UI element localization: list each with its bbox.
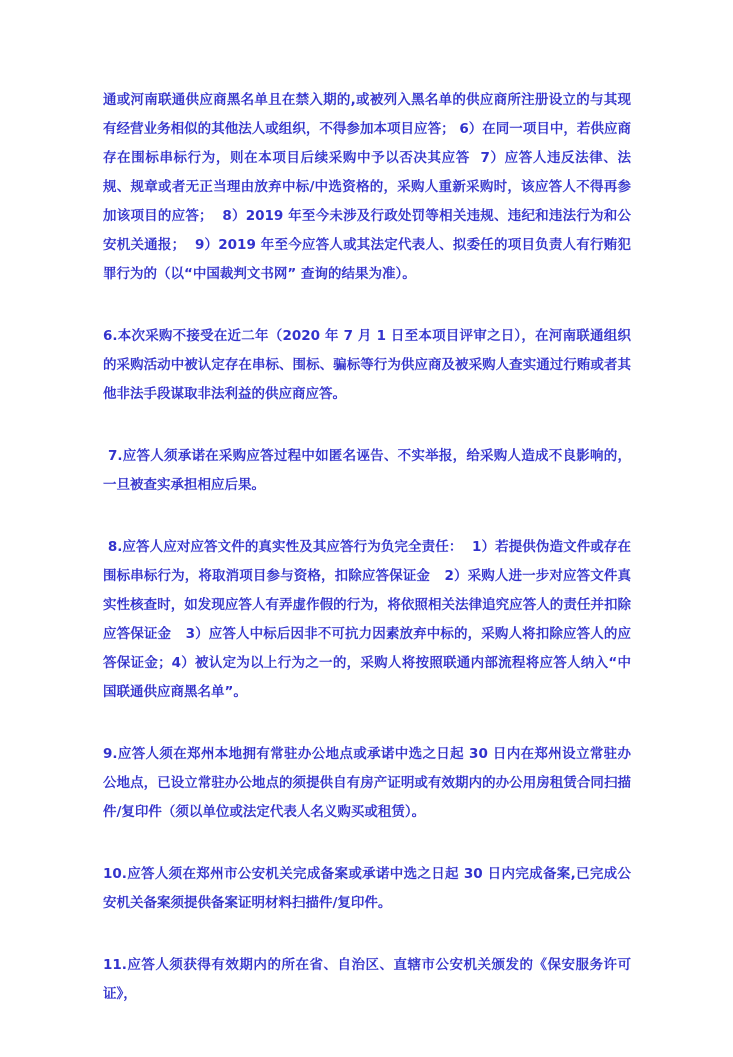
paragraph-clause-9: 9.应答人须在郑州本地拥有常驻办公地点或承诺中选之日起 30 日内在郑州设立常驻…: [103, 740, 631, 827]
paragraph-continuation: 通或河南联通供应商黑名单且在禁入期的,或被列入黑名单的供应商所注册设立的与其现有…: [103, 86, 631, 289]
paragraph-clause-11: 11.应答人须获得有效期内的所在省、自治区、直辖市公安机关颁发的《保安服务许可证…: [103, 951, 631, 1009]
paragraph-clause-10: 10.应答人须在郑州市公安机关完成备案或承诺中选之日起 30 日内完成备案,已完…: [103, 860, 631, 918]
paragraph-clause-8: 8.应答人应对应答文件的真实性及其应答行为负完全责任： 1）若提供伪造文件或存在…: [103, 533, 631, 707]
paragraph-clause-6: 6.本次采购不接受在近二年（2020 年 7 月 1 日至本项目评审之日），在河…: [103, 322, 631, 409]
document-text-block: 通或河南联通供应商黑名单且在禁入期的,或被列入黑名单的供应商所注册设立的与其现有…: [103, 86, 631, 1042]
document-page: 通或河南联通供应商黑名单且在禁入期的,或被列入黑名单的供应商所注册设立的与其现有…: [0, 0, 733, 1057]
paragraph-clause-7: 7.应答人须承诺在采购应答过程中如匿名诬告、不实举报，给采购人造成不良影响的，一…: [103, 442, 631, 500]
